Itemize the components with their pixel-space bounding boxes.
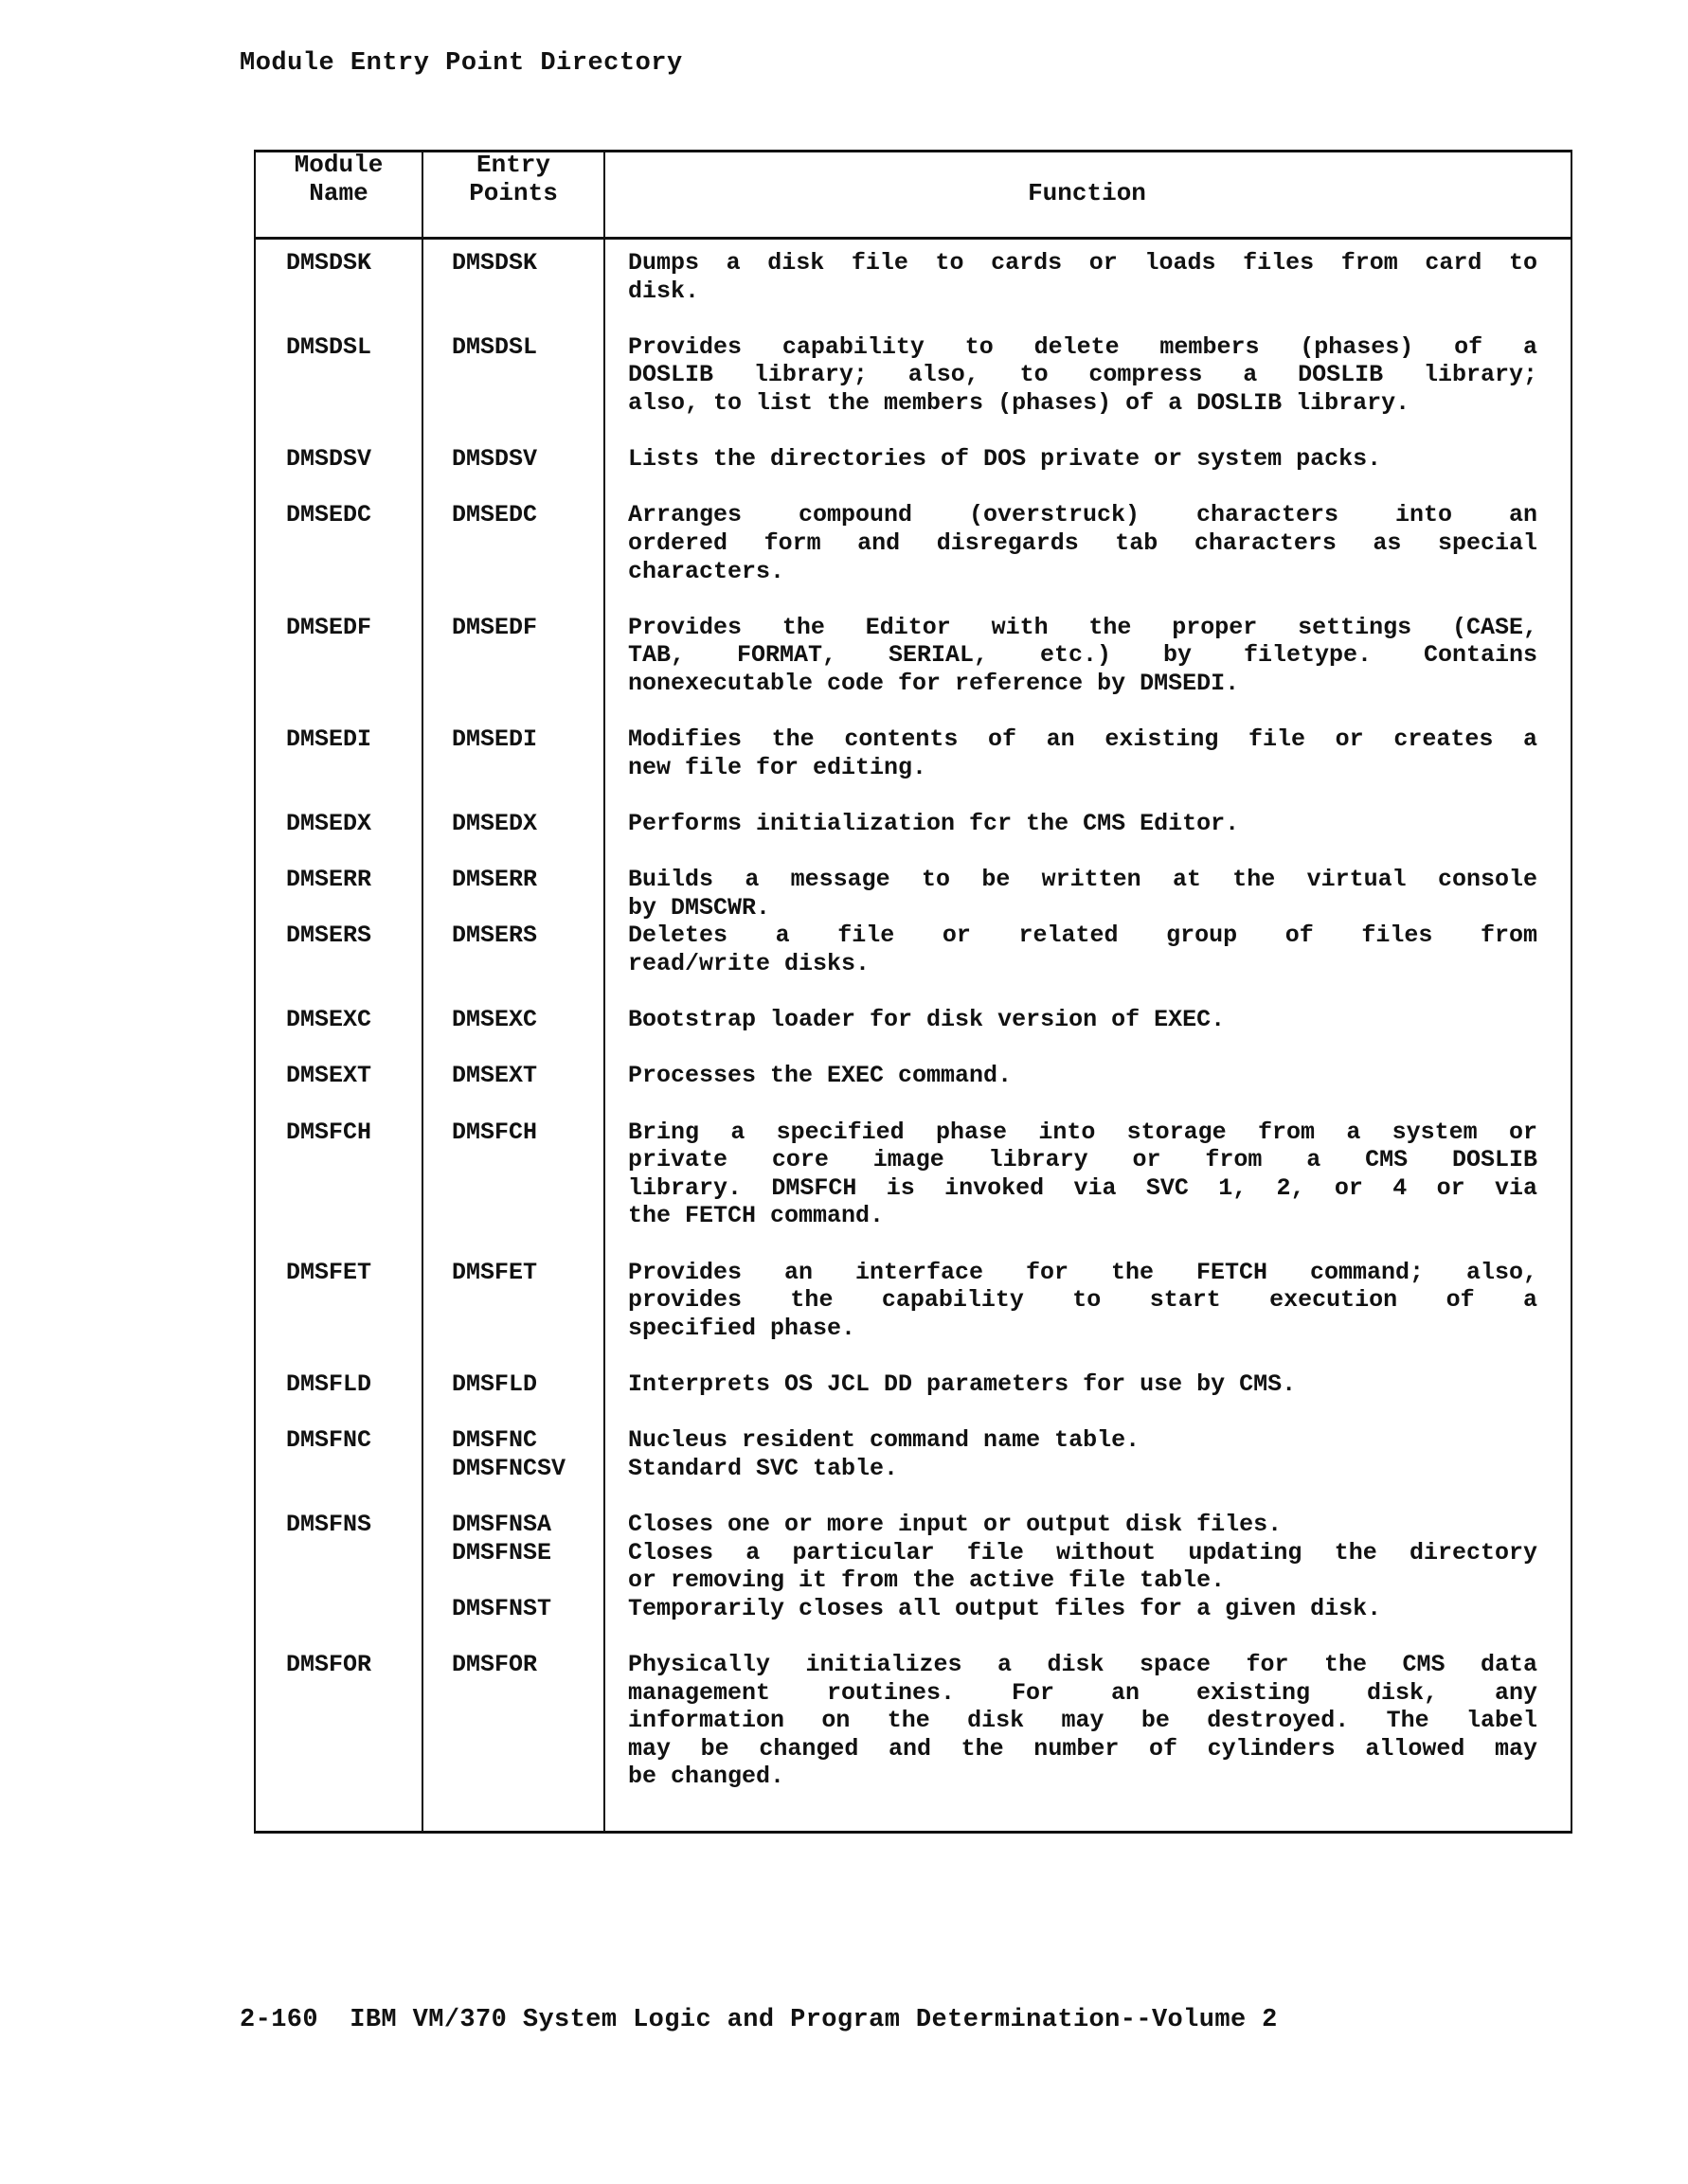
function-cell: Physically initializes a disk space for … xyxy=(628,1651,1537,1791)
column-divider xyxy=(603,152,605,1831)
function-line: Bring a specified phase into storage fro… xyxy=(628,1119,1537,1147)
function-cell: Modifies the contents of an existing fil… xyxy=(628,725,1537,781)
function-cell: Standard SVC table. xyxy=(628,1455,1537,1483)
module-name-cell: DMSEXC xyxy=(286,1006,371,1034)
function-line: Closes one or more input or output disk … xyxy=(628,1511,1537,1539)
entry-point-cell: DMSFNCSV xyxy=(452,1455,566,1483)
entry-point-cell: DMSEDI xyxy=(452,725,537,754)
module-name-cell: DMSFOR xyxy=(286,1651,371,1679)
module-name-cell: DMSDSV xyxy=(286,445,371,474)
function-cell: Provides an interface for the FETCH comm… xyxy=(628,1259,1537,1343)
function-cell: Dumps a disk file to cards or loads file… xyxy=(628,249,1537,305)
entry-point-cell: DMSEDF xyxy=(452,614,537,642)
function-cell: Bootstrap loader for disk version of EXE… xyxy=(628,1006,1537,1034)
function-line: Closes a particular file without updatin… xyxy=(628,1539,1537,1567)
entry-point-cell: DMSEXT xyxy=(452,1062,537,1090)
entry-point-cell: DMSEDC xyxy=(452,501,537,529)
page-footer: 2-160 IBM VM/370 System Logic and Progra… xyxy=(240,2006,1278,2034)
entry-point-cell: DMSFNSA xyxy=(452,1511,551,1539)
entry-point-cell: DMSFOR xyxy=(452,1651,537,1679)
entry-point-cell: DMSFNC xyxy=(452,1426,537,1455)
function-line: specified phase. xyxy=(628,1315,1537,1343)
function-line: nonexecutable code for reference by DMSE… xyxy=(628,670,1537,698)
function-line: characters. xyxy=(628,558,1537,586)
entry-point-cell: DMSFET xyxy=(452,1259,537,1287)
module-name-cell: DMSFLD xyxy=(286,1370,371,1399)
function-line: Provides an interface for the FETCH comm… xyxy=(628,1259,1537,1287)
function-line: also, to list the members (phases) of a … xyxy=(628,389,1537,418)
module-name-cell: DMSEDF xyxy=(286,614,371,642)
entry-point-cell: DMSDSL xyxy=(452,333,537,362)
function-line: Provides the Editor with the proper sett… xyxy=(628,614,1537,642)
entry-point-cell: DMSFCH xyxy=(452,1119,537,1147)
entry-point-cell: DMSEDX xyxy=(452,810,537,838)
header-entry-points: Entry Points xyxy=(423,151,603,207)
function-line: be changed. xyxy=(628,1763,1537,1791)
entry-point-cell: DMSFNSE xyxy=(452,1539,551,1567)
function-line: Deletes a file or related group of files… xyxy=(628,922,1537,950)
function-cell: Deletes a file or related group of files… xyxy=(628,922,1537,977)
header-function: Function xyxy=(605,179,1569,207)
function-line: Performs initialization fcr the CMS Edit… xyxy=(628,810,1537,838)
function-cell: Bring a specified phase into storage fro… xyxy=(628,1119,1537,1230)
function-cell: Performs initialization fcr the CMS Edit… xyxy=(628,810,1537,838)
function-line: management routines. For an existing dis… xyxy=(628,1679,1537,1708)
function-line: or removing it from the active file tabl… xyxy=(628,1566,1537,1595)
column-divider xyxy=(422,152,423,1831)
function-cell: Processes the EXEC command. xyxy=(628,1062,1537,1090)
function-line: Nucleus resident command name table. xyxy=(628,1426,1537,1455)
entry-point-cell: DMSFLD xyxy=(452,1370,537,1399)
function-line: by DMSCWR. xyxy=(628,894,1537,922)
function-cell: Arranges compound (overstruck) character… xyxy=(628,501,1537,585)
function-line: Dumps a disk file to cards or loads file… xyxy=(628,249,1537,277)
function-cell: Temporarily closes all output files for … xyxy=(628,1595,1537,1623)
entry-point-cell: DMSEXC xyxy=(452,1006,537,1034)
module-name-cell: DMSEDX xyxy=(286,810,371,838)
function-line: Lists the directories of DOS private or … xyxy=(628,445,1537,474)
function-cell: Nucleus resident command name table. xyxy=(628,1426,1537,1455)
module-name-cell: DMSFNC xyxy=(286,1426,371,1455)
function-line: Processes the EXEC command. xyxy=(628,1062,1537,1090)
header-divider xyxy=(256,237,1571,240)
module-name-cell: DMSFET xyxy=(286,1259,371,1287)
function-line: disk. xyxy=(628,277,1537,306)
entry-point-cell: DMSFNST xyxy=(452,1595,551,1623)
module-name-cell: DMSDSK xyxy=(286,249,371,277)
function-line: provides the capability to start executi… xyxy=(628,1286,1537,1315)
function-cell: Closes a particular file without updatin… xyxy=(628,1539,1537,1595)
function-line: Interprets OS JCL DD parameters for use … xyxy=(628,1370,1537,1399)
module-name-cell: DMSFCH xyxy=(286,1119,371,1147)
module-name-cell: DMSFNS xyxy=(286,1511,371,1539)
function-line: DOSLIB library; also, to compress a DOSL… xyxy=(628,361,1537,389)
function-line: Standard SVC table. xyxy=(628,1455,1537,1483)
function-cell: Lists the directories of DOS private or … xyxy=(628,445,1537,474)
function-line: private core image library or from a CMS… xyxy=(628,1146,1537,1174)
function-line: information on the disk may be destroyed… xyxy=(628,1707,1537,1735)
module-name-cell: DMSEXT xyxy=(286,1062,371,1090)
entry-point-table: Module Name Entry Points Function DMSDSK… xyxy=(254,150,1572,1834)
function-cell: Provides the Editor with the proper sett… xyxy=(628,614,1537,698)
function-line: Temporarily closes all output files for … xyxy=(628,1595,1537,1623)
function-line: Provides capability to delete members (p… xyxy=(628,333,1537,362)
module-name-cell: DMSERS xyxy=(286,922,371,950)
page-title: Module Entry Point Directory xyxy=(240,49,683,78)
module-name-cell: DMSERR xyxy=(286,866,371,894)
function-line: ordered form and disregards tab characte… xyxy=(628,529,1537,558)
entry-point-cell: DMSDSK xyxy=(452,249,537,277)
header-module-name: Module Name xyxy=(256,151,422,207)
function-line: read/write disks. xyxy=(628,950,1537,978)
function-line: new file for editing. xyxy=(628,754,1537,782)
function-line: Modifies the contents of an existing fil… xyxy=(628,725,1537,754)
function-cell: Closes one or more input or output disk … xyxy=(628,1511,1537,1539)
function-line: TAB, FORMAT, SERIAL, etc.) by filetype. … xyxy=(628,641,1537,670)
entry-point-cell: DMSERR xyxy=(452,866,537,894)
function-line: Builds a message to be written at the vi… xyxy=(628,866,1537,894)
function-line: library. DMSFCH is invoked via SVC 1, 2,… xyxy=(628,1174,1537,1203)
function-line: Physically initializes a disk space for … xyxy=(628,1651,1537,1679)
module-name-cell: DMSEDI xyxy=(286,725,371,754)
module-name-cell: DMSEDC xyxy=(286,501,371,529)
function-cell: Provides capability to delete members (p… xyxy=(628,333,1537,418)
function-cell: Interprets OS JCL DD parameters for use … xyxy=(628,1370,1537,1399)
function-cell: Builds a message to be written at the vi… xyxy=(628,866,1537,922)
module-name-cell: DMSDSL xyxy=(286,333,371,362)
entry-point-cell: DMSERS xyxy=(452,922,537,950)
function-line: Arranges compound (overstruck) character… xyxy=(628,501,1537,529)
function-line: the FETCH command. xyxy=(628,1202,1537,1230)
function-line: Bootstrap loader for disk version of EXE… xyxy=(628,1006,1537,1034)
entry-point-cell: DMSDSV xyxy=(452,445,537,474)
function-line: may be changed and the number of cylinde… xyxy=(628,1735,1537,1763)
